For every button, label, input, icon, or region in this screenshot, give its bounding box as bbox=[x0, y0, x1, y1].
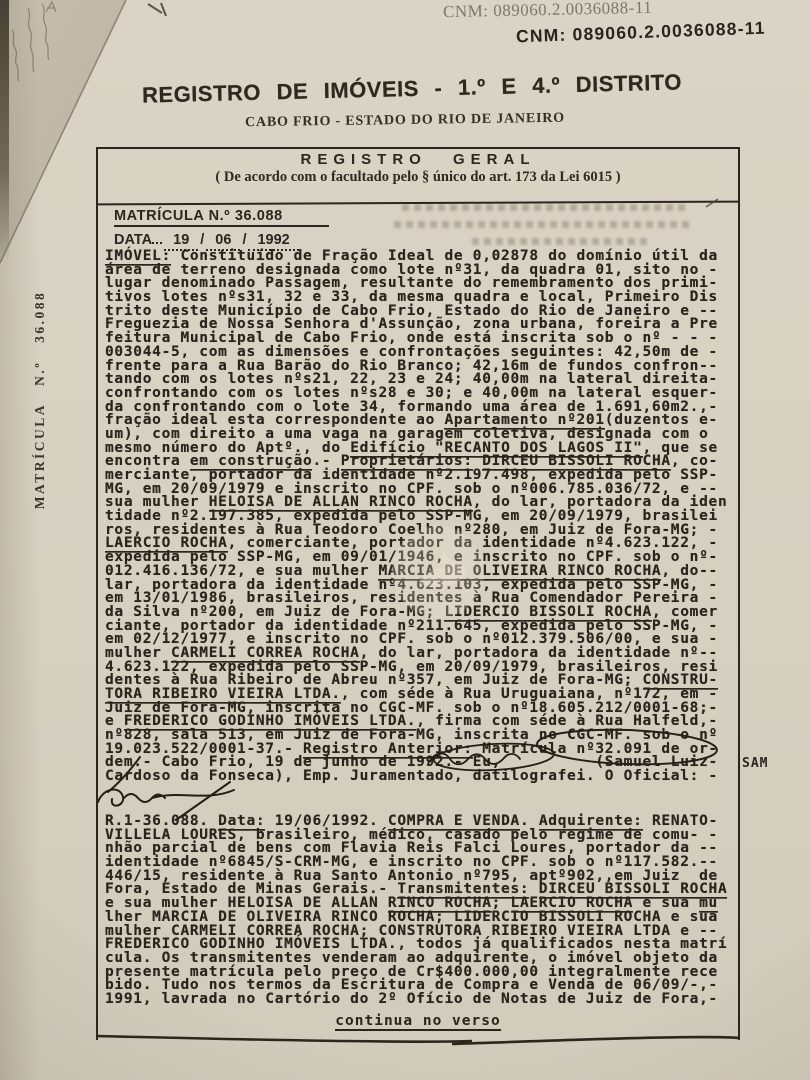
date-separator: / bbox=[242, 232, 246, 248]
date-separator: / bbox=[200, 232, 204, 248]
text-line: Cardoso da Fonseca), Emp. Juramentado, d… bbox=[105, 770, 734, 784]
registro-geral-box: REGISTRO GERAL ( De acordo com o faculta… bbox=[96, 147, 740, 1040]
registro-geral-heading: REGISTRO GERAL bbox=[98, 151, 738, 168]
matricula-label: MATRÍCULA N.º bbox=[114, 208, 230, 224]
cnm-number-stamp: CNM: 089060.2.0036088-11 bbox=[516, 18, 766, 48]
document-subtitle: CABO FRIO - ESTADO DO RIO DE JANEIRO bbox=[210, 110, 600, 131]
side-matricula-label: MATRÍCULA N.º 36.088 bbox=[32, 255, 48, 545]
text-line: 1991, lavrada no Cartório do 2º Ofício d… bbox=[105, 993, 734, 1007]
compra-e-venda-text: R.1-36.088. Data: 19/06/1992. COMPRA E V… bbox=[105, 815, 734, 1007]
continuation-note: continua no verso bbox=[335, 1013, 500, 1029]
date-label: DATA bbox=[114, 232, 152, 248]
scanned-document-page: CNM: 089060.2.0036088-11 CNM: 089060.2.0… bbox=[0, 0, 810, 1080]
continuation-footer: continua no verso bbox=[98, 1012, 738, 1030]
matricula-row: MATRÍCULA N.º 36.088 bbox=[114, 208, 329, 227]
document-title: REGISTRO DE IMÓVEIS - 1.º E 4.º DISTRITO bbox=[112, 69, 712, 110]
matricula-description-text: IMÓVEL: Constituído de Fração Ideal de 0… bbox=[105, 250, 734, 784]
registro-geral-law-note: ( De acordo com o facultado pelo § único… bbox=[98, 169, 738, 186]
margin-note: SAM bbox=[742, 756, 768, 771]
header-divider bbox=[96, 201, 740, 206]
scan-edge-shadow bbox=[0, 0, 9, 262]
matricula-number: 36.088 bbox=[235, 208, 283, 224]
cnm-number-faint: CNM: 089060.2.0036088-11 bbox=[443, 0, 653, 22]
